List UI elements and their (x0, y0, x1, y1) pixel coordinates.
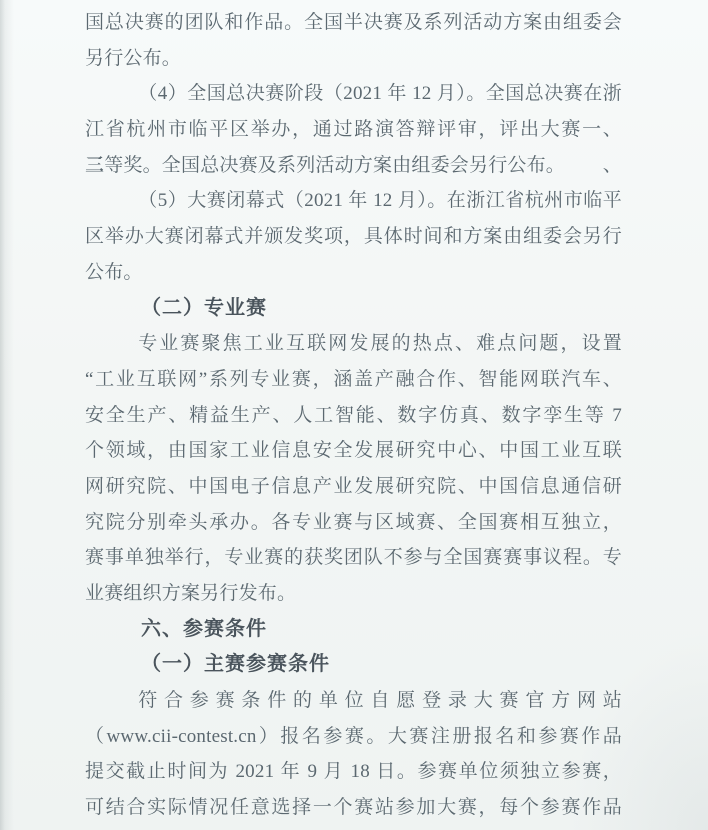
text-line: 网研究院、中国电子信息产业发展研究院、中国信息通信研 (85, 469, 622, 505)
text-line: 三等奖。全国总决赛及系列活动方案由组委会另行公布。 (85, 148, 622, 184)
text-line: 六、参赛条件 (85, 612, 622, 648)
text-line: 赛事单独举行，专业赛的获奖团队不参与全国赛赛事议程。专 (85, 540, 622, 576)
text-line: 区举办大赛闭幕式并颁发奖项，具体时间和方案由组委会另行 (85, 219, 622, 255)
text-line: “工业互联网”系列专业赛，涵盖产融合作、智能网联汽车、 (85, 362, 622, 398)
document-page: 国总决赛的团队和作品。全国半决赛及系列活动方案由组委会另行公布。（4）全国总决赛… (0, 0, 708, 830)
text-line: 公布。 (85, 255, 622, 291)
text-line: 安全生产、精益生产、人工智能、数字仿真、数字孪生等 7 (85, 398, 622, 434)
text-line: 究院分别牵头承办。各专业赛与区域赛、全国赛相互独立， (85, 505, 622, 541)
text-line: （一）主赛参赛条件 (85, 647, 622, 683)
text-line: 提交截止时间为 2021 年 9 月 18 日。参赛单位须独立参赛， (85, 754, 622, 790)
text-line: 可结合实际情况任意选择一个赛站参加大赛，每个参赛作品 (85, 790, 622, 826)
text-line: 个领域，由国家工业信息安全发展研究中心、中国工业互联 (85, 433, 622, 469)
text-line: 专业赛聚焦工业互联网发展的热点、难点问题，设置 (85, 326, 622, 362)
text-line: （www.cii-contest.cn）报名参赛。大赛注册报名和参赛作品 (85, 719, 622, 755)
text-line: （5）大赛闭幕式（2021 年 12 月）。在浙江省杭州市临平 (85, 183, 622, 219)
text-line: 符合参赛条件的单位自愿登录大赛官方网站 (85, 683, 622, 719)
text-line: （4）全国总决赛阶段（2021 年 12 月）。全国总决赛在浙 (85, 76, 622, 112)
text-line: （二）专业赛 (85, 291, 622, 327)
text-line: 江省杭州市临平区举办，通过路演答辩评审，评出大赛一、二、 (85, 112, 622, 148)
document-text-block: 国总决赛的团队和作品。全国半决赛及系列活动方案由组委会另行公布。（4）全国总决赛… (85, 5, 622, 826)
text-line: 国总决赛的团队和作品。全国半决赛及系列活动方案由组委会 (85, 5, 622, 41)
text-line: 业赛组织方案另行发布。 (85, 576, 622, 612)
text-line: 另行公布。 (85, 41, 622, 77)
